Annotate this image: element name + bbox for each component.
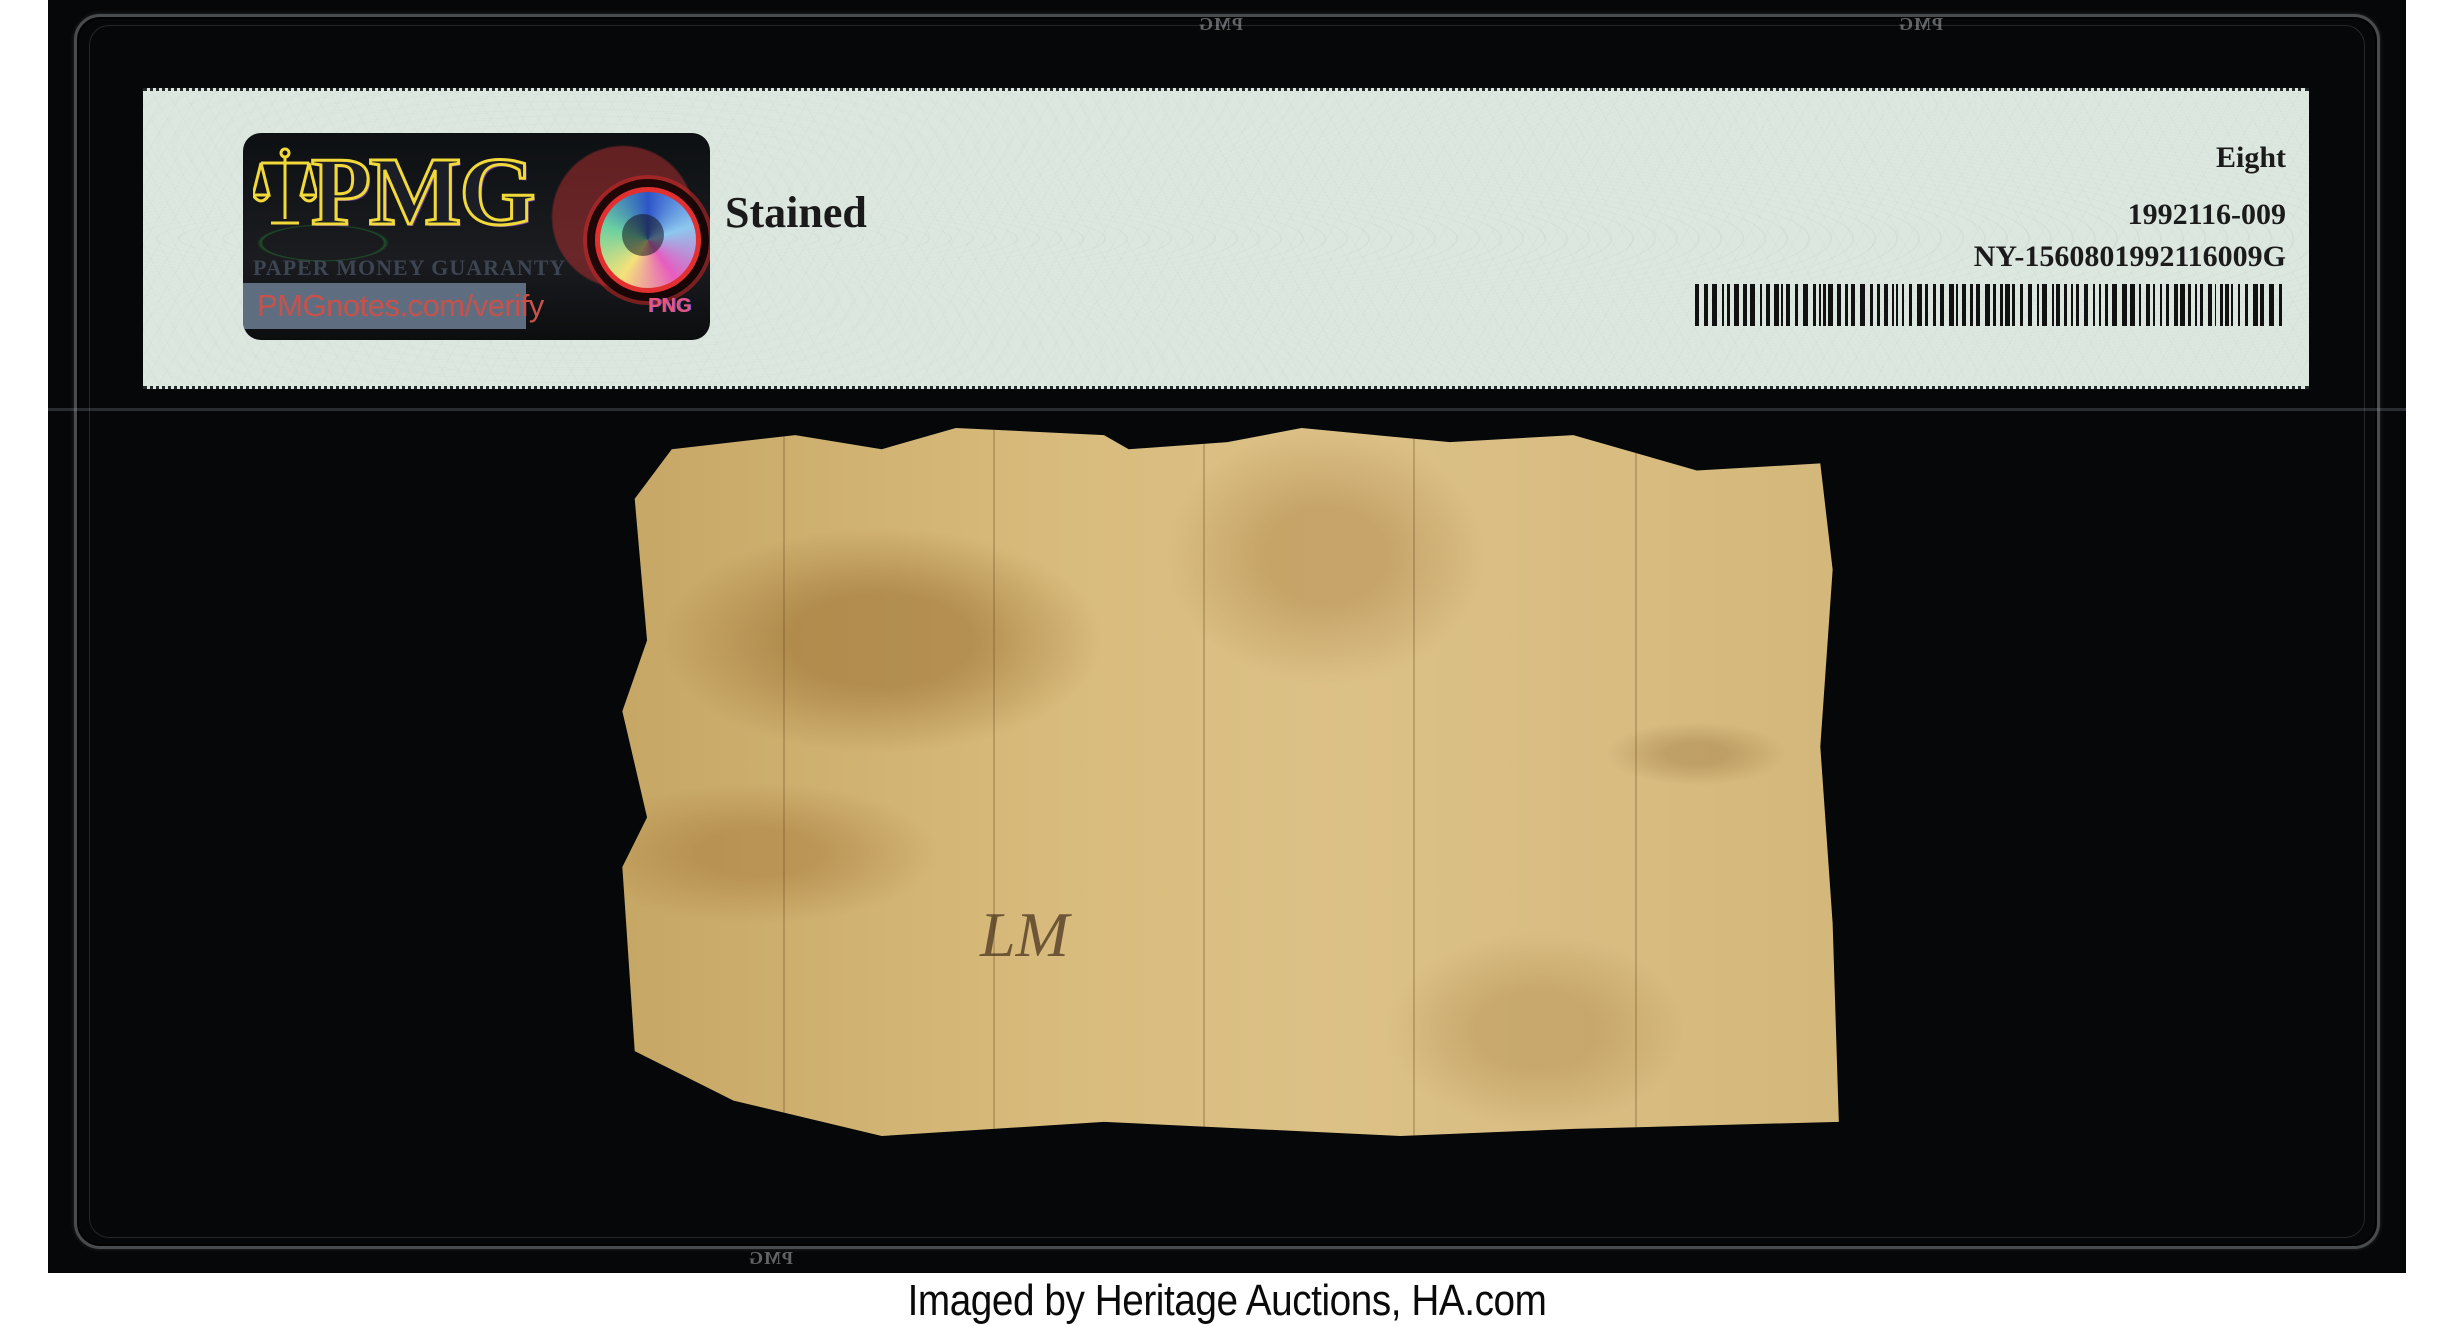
barcode-bar — [1722, 284, 1724, 326]
barcode-bar — [2200, 284, 2203, 326]
barcode-bar — [2160, 284, 2162, 326]
barcode-bar — [1949, 284, 1954, 326]
barcode-bar — [2215, 284, 2217, 326]
barcode-bar — [2231, 284, 2233, 326]
barcode-bar — [2238, 284, 2240, 326]
barcode-bar — [2099, 284, 2101, 326]
barcode-bar — [1933, 284, 1936, 326]
barcode-bar — [1750, 284, 1755, 326]
barcode-bar — [2195, 284, 2197, 326]
barcode-bar — [1734, 284, 1739, 326]
barcode-bar — [1925, 284, 1928, 326]
barcode-bar — [2112, 284, 2117, 326]
barcode-bar — [1803, 284, 1808, 326]
barcode-bar — [2245, 284, 2248, 326]
verify-url: PMGnotes.com/verify — [243, 283, 526, 329]
fold-line — [1413, 428, 1415, 1136]
barcode-bar — [2071, 284, 2073, 326]
barcode-bar — [1845, 284, 1848, 326]
barcode-bar — [2005, 284, 2010, 326]
hologram-card: PMG PAPER MONEY GUARANTY PMGnotes.com/ve… — [243, 133, 710, 340]
barcode-bar — [2139, 284, 2141, 326]
barcode-bar — [1786, 284, 1790, 326]
barcode-bar — [2064, 284, 2067, 326]
scales-of-justice-icon — [253, 147, 317, 229]
barcode-bar — [1828, 284, 1833, 326]
barcode-bar — [2220, 284, 2223, 326]
barcode-bar — [2188, 284, 2191, 326]
embossed-pmg-mark: PMG — [748, 1248, 793, 1269]
barcode-bar — [1813, 284, 1816, 326]
holder-divider — [48, 408, 2406, 411]
denomination: Eight — [1974, 139, 2286, 177]
barcode-bar — [2130, 284, 2135, 326]
barcode-bar — [1766, 284, 1770, 326]
embossed-pmg-mark: PMG — [1898, 14, 1943, 35]
barcode-bar — [1993, 284, 1996, 326]
paper-money-guaranty-text: PAPER MONEY GUARANTY — [253, 255, 566, 281]
barcode-bar — [2122, 284, 2127, 326]
barcode-bar — [2052, 284, 2054, 326]
barcode-bar — [2012, 284, 2015, 326]
barcode-bar — [1851, 284, 1855, 326]
barcode-bar — [1970, 284, 1973, 326]
barcode-bar — [2208, 284, 2212, 326]
cert-number: 1992116-009 — [1974, 197, 2286, 233]
barcode-bar — [1823, 284, 1826, 326]
barcode-bar — [2174, 284, 2178, 326]
barcode-bar — [2028, 284, 2032, 326]
handwritten-signature: LM — [980, 898, 1069, 972]
barcode-bar — [2225, 284, 2229, 326]
barcode-bar — [2260, 284, 2264, 326]
label-details: Eight 1992116-009 NY-1560801992116009G — [1974, 139, 2286, 275]
barcode-bar — [1896, 284, 1898, 326]
image-credit-caption: Imaged by Heritage Auctions, HA.com — [147, 1276, 2307, 1326]
pmg-logo: PMG — [311, 143, 534, 241]
barcode-bar — [1781, 284, 1783, 326]
png-badge: PNG — [648, 295, 691, 318]
barcode-bar — [1962, 284, 1966, 326]
fold-line — [993, 428, 995, 1136]
barcode-bar — [1956, 284, 1958, 326]
barcode — [1695, 284, 2286, 326]
barcode-bar — [2269, 284, 2274, 326]
barcode-bar — [2076, 284, 2079, 326]
barcode-bar — [1837, 284, 1841, 326]
barcode-bar — [1870, 284, 1873, 326]
note-id: NY-1560801992116009G — [1974, 239, 2286, 275]
barcode-bar — [1743, 284, 1747, 326]
barcode-bar — [2180, 284, 2185, 326]
barcode-bar — [2020, 284, 2023, 326]
barcode-bar — [2253, 284, 2258, 326]
barcode-bar — [2166, 284, 2169, 326]
barcode-bar — [1712, 284, 1717, 326]
barcode-bar — [1917, 284, 1922, 326]
barcode-bar — [1819, 284, 1821, 326]
barcode-bar — [2105, 284, 2108, 326]
grading-label: PMG PAPER MONEY GUARANTY PMGnotes.com/ve… — [143, 88, 2309, 389]
barcode-bar — [2279, 284, 2282, 326]
barcode-bar — [1727, 284, 1730, 326]
barcode-bar — [1985, 284, 1990, 326]
barcode-bar — [1909, 284, 1912, 326]
barcode-bar — [2000, 284, 2004, 326]
barcode-bar — [1860, 284, 1865, 326]
fold-line — [1635, 428, 1637, 1136]
barcode-bar — [1877, 284, 1880, 326]
fold-line — [783, 428, 785, 1136]
barcode-bar — [1892, 284, 1894, 326]
banknote-reverse: LM — [610, 428, 1845, 1136]
embossed-pmg-mark: PMG — [1198, 14, 1243, 35]
barcode-bar — [2056, 284, 2060, 326]
barcode-bar — [2153, 284, 2155, 326]
barcode-bar — [2042, 284, 2047, 326]
barcode-bar — [1760, 284, 1762, 326]
barcode-bar — [1940, 284, 1944, 326]
barcode-bar — [2146, 284, 2150, 326]
fold-line — [1203, 428, 1205, 1136]
barcode-bar — [1976, 284, 1980, 326]
barcode-bar — [1774, 284, 1779, 326]
barcode-bar — [1795, 284, 1799, 326]
barcode-bar — [2093, 284, 2095, 326]
barcode-bar — [1695, 284, 1699, 326]
barcode-bar — [1704, 284, 1708, 326]
barcode-bar — [1884, 284, 1888, 326]
barcode-bar — [2084, 284, 2088, 326]
barcode-bar — [1902, 284, 1904, 326]
grade-comment: Stained — [725, 187, 867, 238]
hologram-seal-icon — [595, 187, 701, 293]
pmg-holder: PMG PMG PMG PMG PAPER MONEY GUARANTY PMG… — [48, 0, 2406, 1273]
barcode-bar — [2037, 284, 2039, 326]
